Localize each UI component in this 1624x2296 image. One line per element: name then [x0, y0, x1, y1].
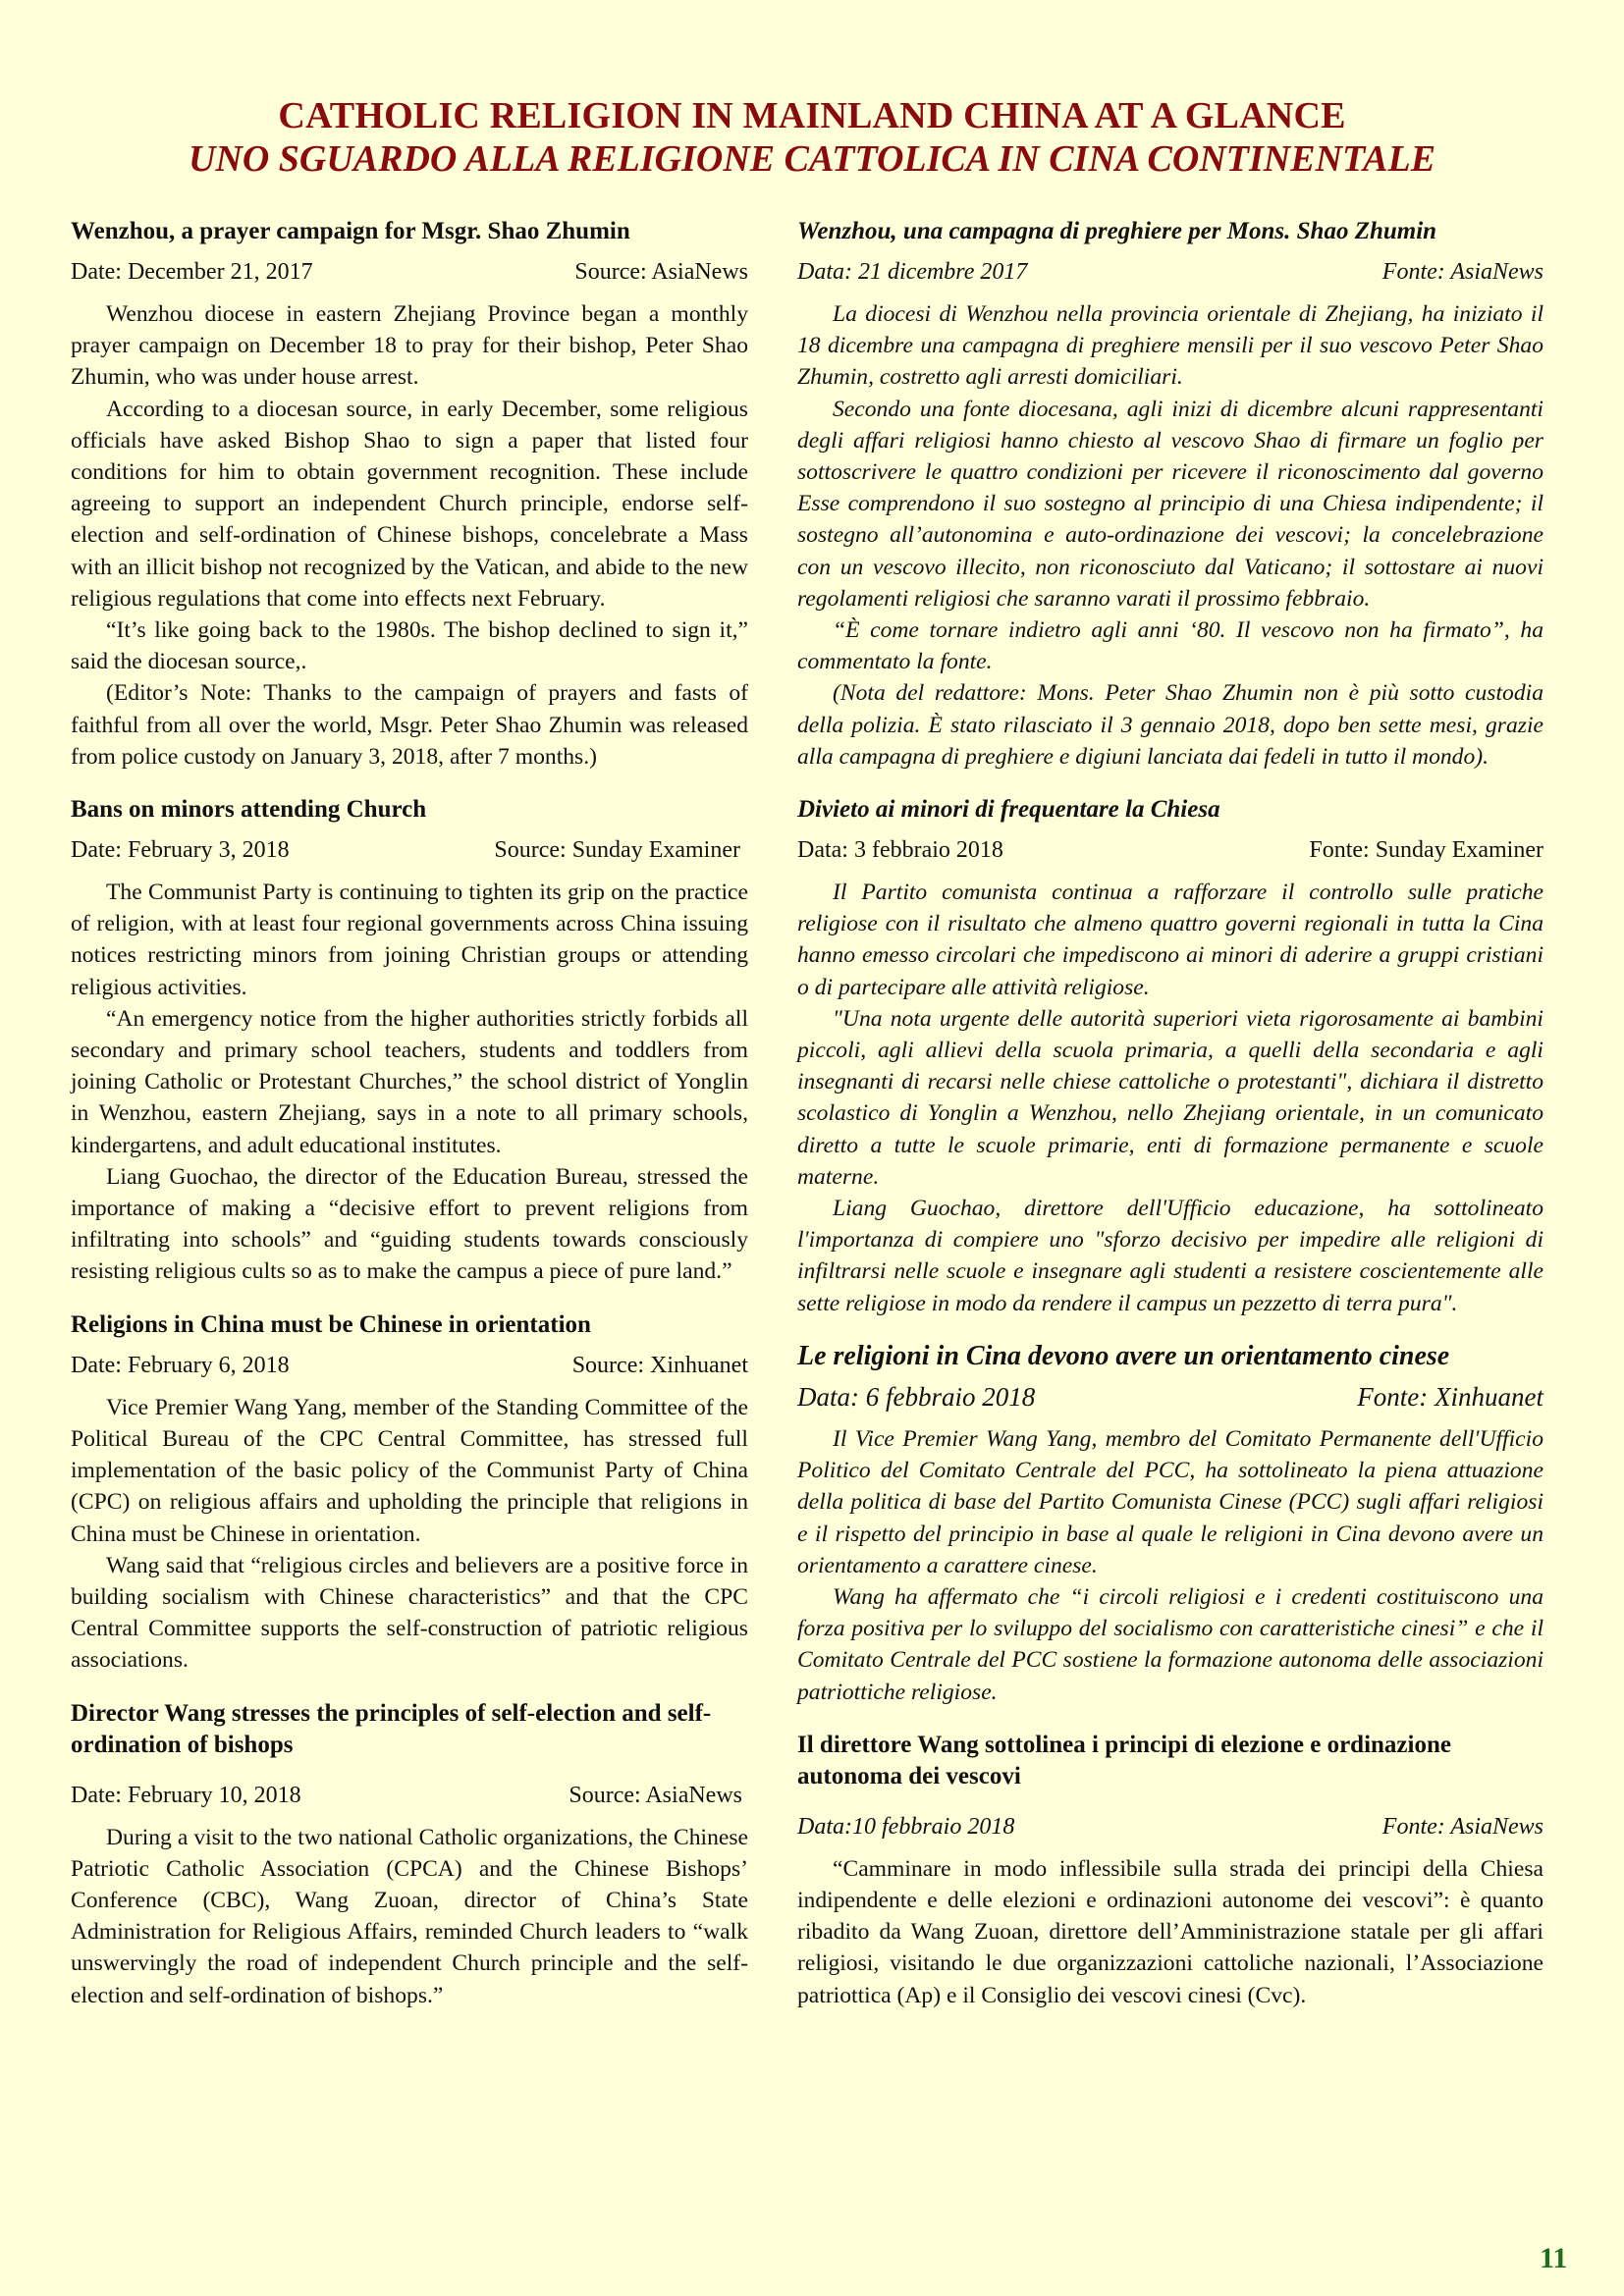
article-date: Data: 3 febbraio 2018	[797, 835, 1003, 865]
paragraph: "Una nota urgente delle autorità superio…	[797, 1003, 1543, 1193]
article-en-4: Director Wang stresses the principles of…	[71, 1698, 748, 2011]
paragraph: (Editor’s Note: Thanks to the campaign o…	[71, 677, 748, 773]
article-body: Il Partito comunista continua a rafforza…	[797, 877, 1543, 1319]
article-date: Date: February 6, 2018	[71, 1351, 290, 1380]
article-it-3: Le religioni in Cina devono avere un ori…	[797, 1341, 1543, 1708]
article-meta: Data: 3 febbraio 2018 Fonte: Sunday Exam…	[797, 835, 1543, 865]
article-date: Date: February 3, 2018	[71, 835, 290, 865]
article-it-1: Wenzhou, una campagna di preghiere per M…	[797, 216, 1543, 773]
paragraph: Il Vice Premier Wang Yang, membro del Co…	[797, 1423, 1543, 1581]
article-body: Wenzhou diocese in eastern Zhejiang Prov…	[71, 298, 748, 773]
article-source: Source: AsiaNews	[568, 1781, 742, 1810]
article-heading: Wenzhou, a prayer campaign for Msgr. Sha…	[71, 216, 748, 247]
article-source: Fonte: AsiaNews	[1382, 257, 1543, 287]
article-it-2: Divieto ai minori di frequentare la Chie…	[797, 794, 1543, 1319]
article-heading: Le religioni in Cina devono avere un ori…	[797, 1341, 1543, 1372]
article-en-3: Religions in China must be Chinese in or…	[71, 1309, 748, 1677]
article-meta: Data: 6 febbraio 2018 Fonte: Xinhuanet	[797, 1382, 1543, 1412]
article-it-4: Il direttore Wang sottolinea i principi …	[797, 1730, 1543, 2011]
paragraph: “An emergency notice from the higher aut…	[71, 1003, 748, 1161]
article-date: Data: 21 dicembre 2017	[797, 257, 1027, 287]
article-date: Date: December 21, 2017	[71, 257, 313, 287]
paragraph: “È come tornare indietro agli anni ‘80. …	[797, 614, 1543, 677]
paragraph: Wang said that “religious circles and be…	[71, 1550, 748, 1677]
paragraph: “It’s like going back to the 1980s. The …	[71, 614, 748, 677]
article-body: Vice Premier Wang Yang, member of the St…	[71, 1392, 748, 1677]
article-meta: Data: 21 dicembre 2017 Fonte: AsiaNews	[797, 257, 1543, 287]
paragraph: Wang ha affermato che “i circoli religio…	[797, 1581, 1543, 1708]
paragraph: The Communist Party is continuing to tig…	[71, 877, 748, 1003]
article-body: La diocesi di Wenzhou nella provincia or…	[797, 298, 1543, 773]
article-body: The Communist Party is continuing to tig…	[71, 877, 748, 1288]
paragraph: Vice Premier Wang Yang, member of the St…	[71, 1392, 748, 1550]
article-body: “Camminare in modo inflessibile sulla st…	[797, 1853, 1543, 2011]
article-source: Source: Xinhuanet	[572, 1351, 748, 1380]
english-column: Wenzhou, a prayer campaign for Msgr. Sha…	[71, 206, 748, 2011]
article-date: Date: February 10, 2018	[71, 1781, 301, 1810]
article-meta: Date: February 6, 2018 Source: Xinhuanet	[71, 1351, 748, 1380]
article-date: Data:10 febbraio 2018	[797, 1812, 1014, 1842]
page-header: CATHOLIC RELIGION IN MAINLAND CHINA AT A…	[0, 94, 1624, 181]
article-source: Fonte: Sunday Examiner	[1309, 835, 1543, 865]
article-meta: Data:10 febbraio 2018 Fonte: AsiaNews	[797, 1812, 1543, 1842]
article-source: Source: Sunday Examiner	[494, 835, 740, 865]
paragraph: Il Partito comunista continua a rafforza…	[797, 877, 1543, 1003]
article-heading: Director Wang stresses the principles of…	[71, 1698, 748, 1761]
article-body: Il Vice Premier Wang Yang, membro del Co…	[797, 1423, 1543, 1708]
article-source: Fonte: AsiaNews	[1382, 1812, 1543, 1842]
paragraph: During a visit to the two national Catho…	[71, 1822, 748, 2011]
article-heading: Il direttore Wang sottolinea i principi …	[797, 1730, 1543, 1792]
paragraph: Wenzhou diocese in eastern Zhejiang Prov…	[71, 298, 748, 394]
article-meta: Date: December 21, 2017 Source: AsiaNews	[71, 257, 748, 287]
article-heading: Wenzhou, una campagna di preghiere per M…	[797, 216, 1543, 247]
article-heading: Bans on minors attending Church	[71, 794, 748, 826]
paragraph: Liang Guochao, the director of the Educa…	[71, 1161, 748, 1288]
article-heading: Divieto ai minori di frequentare la Chie…	[797, 794, 1543, 826]
page-title-english: CATHOLIC RELIGION IN MAINLAND CHINA AT A…	[0, 94, 1624, 137]
article-heading: Religions in China must be Chinese in or…	[71, 1309, 748, 1341]
paragraph: “Camminare in modo inflessibile sulla st…	[797, 1853, 1543, 2011]
italian-column: Wenzhou, una campagna di preghiere per M…	[797, 206, 1543, 2011]
page-title-italian: UNO SGUARDO ALLA RELIGIONE CATTOLICA IN …	[0, 137, 1624, 181]
paragraph: (Nota del redattore: Mons. Peter Shao Zh…	[797, 677, 1543, 773]
article-source: Fonte: Xinhuanet	[1357, 1382, 1543, 1412]
article-en-1: Wenzhou, a prayer campaign for Msgr. Sha…	[71, 216, 748, 773]
article-meta: Date: February 10, 2018 Source: AsiaNews	[71, 1781, 748, 1810]
paragraph: La diocesi di Wenzhou nella provincia or…	[797, 298, 1543, 394]
paragraph: Secondo una fonte diocesana, agli inizi …	[797, 394, 1543, 614]
paragraph: According to a diocesan source, in early…	[71, 394, 748, 614]
paragraph: Liang Guochao, direttore dell'Ufficio ed…	[797, 1193, 1543, 1319]
article-source: Source: AsiaNews	[574, 257, 748, 287]
article-meta: Date: February 3, 2018 Source: Sunday Ex…	[71, 835, 748, 865]
page-number: 11	[1540, 2242, 1567, 2275]
article-date: Data: 6 febbraio 2018	[797, 1382, 1035, 1412]
article-en-2: Bans on minors attending Church Date: Fe…	[71, 794, 748, 1288]
article-body: During a visit to the two national Catho…	[71, 1822, 748, 2011]
